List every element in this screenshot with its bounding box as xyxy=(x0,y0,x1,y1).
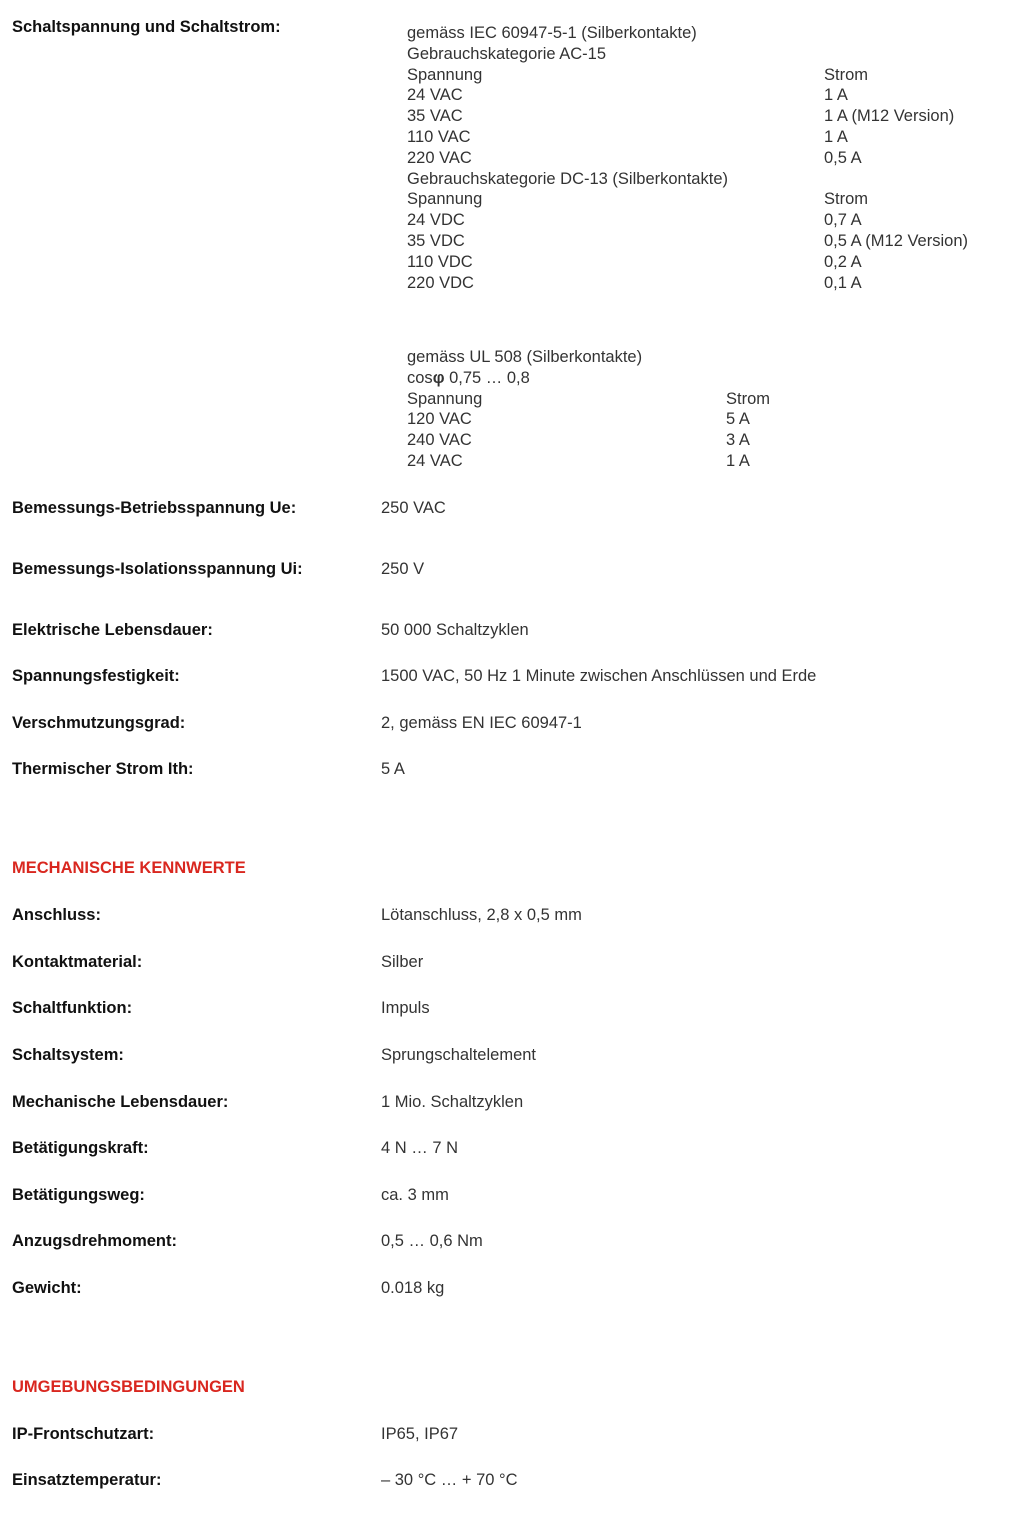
dc-row: 110 VDC 0,2 A xyxy=(407,252,728,273)
spec-value: 50 000 Schaltzyklen xyxy=(381,620,529,641)
ac-row: 220 VAC 0,5 A xyxy=(407,148,728,169)
ul-title: gemäss UL 508 (Silberkontakte) xyxy=(407,347,642,368)
ac-row: 24 VAC 1 A xyxy=(407,85,728,106)
spec-value: Sprungschaltelement xyxy=(381,1045,536,1066)
spec-value: IP65, IP67 xyxy=(381,1424,458,1445)
dc-voltage: 35 VDC xyxy=(407,232,465,250)
dc-row: 220 VDC 0,1 A xyxy=(407,273,728,294)
ac-voltage: 110 VAC xyxy=(407,128,471,146)
spec-label-switching: Schaltspannung und Schaltstrom: xyxy=(12,17,332,38)
ul-row: 24 VAC 1 A xyxy=(407,451,642,472)
dc-header-row: Spannung Strom xyxy=(407,189,728,210)
dc-voltage: 110 VDC xyxy=(407,253,473,271)
spec-value: Impuls xyxy=(381,998,430,1019)
ul-voltage: 120 VAC xyxy=(407,410,472,428)
ul-header-voltage: Spannung xyxy=(407,390,482,408)
dc-current: 0,5 A (M12 Version) xyxy=(824,231,968,252)
spec-label: Schaltsystem: xyxy=(12,1045,332,1066)
ul-current: 5 A xyxy=(726,409,750,430)
ac-voltage: 35 VAC xyxy=(407,107,463,125)
section-heading-mechanical: MECHANISCHE KENNWERTE xyxy=(12,858,246,879)
iec-title: gemäss IEC 60947-5-1 (Silberkontakte) xyxy=(407,23,728,44)
spec-label: Verschmutzungsgrad: xyxy=(12,713,332,734)
dc-row: 35 VDC 0,5 A (M12 Version) xyxy=(407,231,728,252)
spec-label: Einsatztemperatur: xyxy=(12,1470,332,1491)
spec-label: Mechanische Lebensdauer: xyxy=(12,1092,332,1113)
ul-voltage: 24 VAC xyxy=(407,452,463,470)
ul-block: gemäss UL 508 (Silberkontakte) cosφ 0,75… xyxy=(407,347,642,472)
ul-header-current: Strom xyxy=(726,389,770,410)
dc-header-current: Strom xyxy=(824,189,868,210)
ul-voltage: 240 VAC xyxy=(407,431,472,449)
spec-label: Thermischer Strom Ith: xyxy=(12,759,332,780)
spec-value: 4 N … 7 N xyxy=(381,1138,458,1159)
ac-row: 110 VAC 1 A xyxy=(407,127,728,148)
spec-label: Spannungsfestigkeit: xyxy=(12,666,332,687)
dc-current: 0,7 A xyxy=(824,210,862,231)
spec-value: Silber xyxy=(381,952,423,973)
ac-header-current: Strom xyxy=(824,65,868,86)
spec-value: 250 V xyxy=(381,559,424,580)
spec-label: Elektrische Lebensdauer: xyxy=(12,620,332,641)
dc-current: 0,1 A xyxy=(824,273,862,294)
cos-prefix: cos xyxy=(407,369,433,387)
dc-category: Gebrauchskategorie DC-13 (Silberkontakte… xyxy=(407,169,728,190)
ac-voltage: 24 VAC xyxy=(407,86,463,104)
spec-label: Betätigungskraft: xyxy=(12,1138,332,1159)
dc-row: 24 VDC 0,7 A xyxy=(407,210,728,231)
dc-current: 0,2 A xyxy=(824,252,862,273)
ac-row: 35 VAC 1 A (M12 Version) xyxy=(407,106,728,127)
ul-row: 240 VAC 3 A xyxy=(407,430,642,451)
spec-value: 5 A xyxy=(381,759,405,780)
ac-current: 1 A (M12 Version) xyxy=(824,106,954,127)
section-heading-environment: UMGEBUNGSBEDINGUNGEN xyxy=(12,1377,245,1398)
ac-current: 1 A xyxy=(824,85,848,106)
spec-label: Schaltfunktion: xyxy=(12,998,332,1019)
spec-value: 1 Mio. Schaltzyklen xyxy=(381,1092,523,1113)
ac-current: 1 A xyxy=(824,127,848,148)
spec-value: ca. 3 mm xyxy=(381,1185,449,1206)
spec-value: 1500 VAC, 50 Hz 1 Minute zwischen Anschl… xyxy=(381,666,816,687)
spec-label: Bemessungs-Betriebsspannung Ue: xyxy=(12,498,312,519)
spec-value: Lötanschluss, 2,8 x 0,5 mm xyxy=(381,905,582,926)
iec-block: gemäss IEC 60947-5-1 (Silberkontakte) Ge… xyxy=(407,23,728,293)
phi-symbol: φ xyxy=(433,369,445,387)
ac-voltage: 220 VAC xyxy=(407,149,472,167)
dc-voltage: 220 VDC xyxy=(407,274,474,292)
ac-category: Gebrauchskategorie AC-15 xyxy=(407,44,728,65)
spec-label: Anzugsdrehmoment: xyxy=(12,1231,332,1252)
ul-header-row: Spannung Strom xyxy=(407,389,642,410)
ul-current: 1 A xyxy=(726,451,750,472)
spec-value: – 30 °C … + 70 °C xyxy=(381,1470,518,1491)
ac-header-row: Spannung Strom xyxy=(407,65,728,86)
spec-label: Anschluss: xyxy=(12,905,332,926)
spec-label: IP-Frontschutzart: xyxy=(12,1424,332,1445)
spec-label: Kontaktmaterial: xyxy=(12,952,332,973)
ac-current: 0,5 A xyxy=(824,148,862,169)
ac-header-voltage: Spannung xyxy=(407,66,482,84)
spec-value: 0.018 kg xyxy=(381,1278,444,1299)
ul-row: 120 VAC 5 A xyxy=(407,409,642,430)
spec-label: Gewicht: xyxy=(12,1278,332,1299)
spec-label: Bemessungs-Isolationsspannung Ui: xyxy=(12,559,322,580)
ul-cosphi: cosφ 0,75 … 0,8 xyxy=(407,368,642,389)
ul-current: 3 A xyxy=(726,430,750,451)
cos-value: 0,75 … 0,8 xyxy=(445,369,530,387)
spec-value: 0,5 … 0,6 Nm xyxy=(381,1231,483,1252)
dc-voltage: 24 VDC xyxy=(407,211,465,229)
dc-header-voltage: Spannung xyxy=(407,190,482,208)
spec-label: Betätigungsweg: xyxy=(12,1185,332,1206)
spec-value: 250 VAC xyxy=(381,498,446,519)
spec-value: 2, gemäss EN IEC 60947-1 xyxy=(381,713,582,734)
